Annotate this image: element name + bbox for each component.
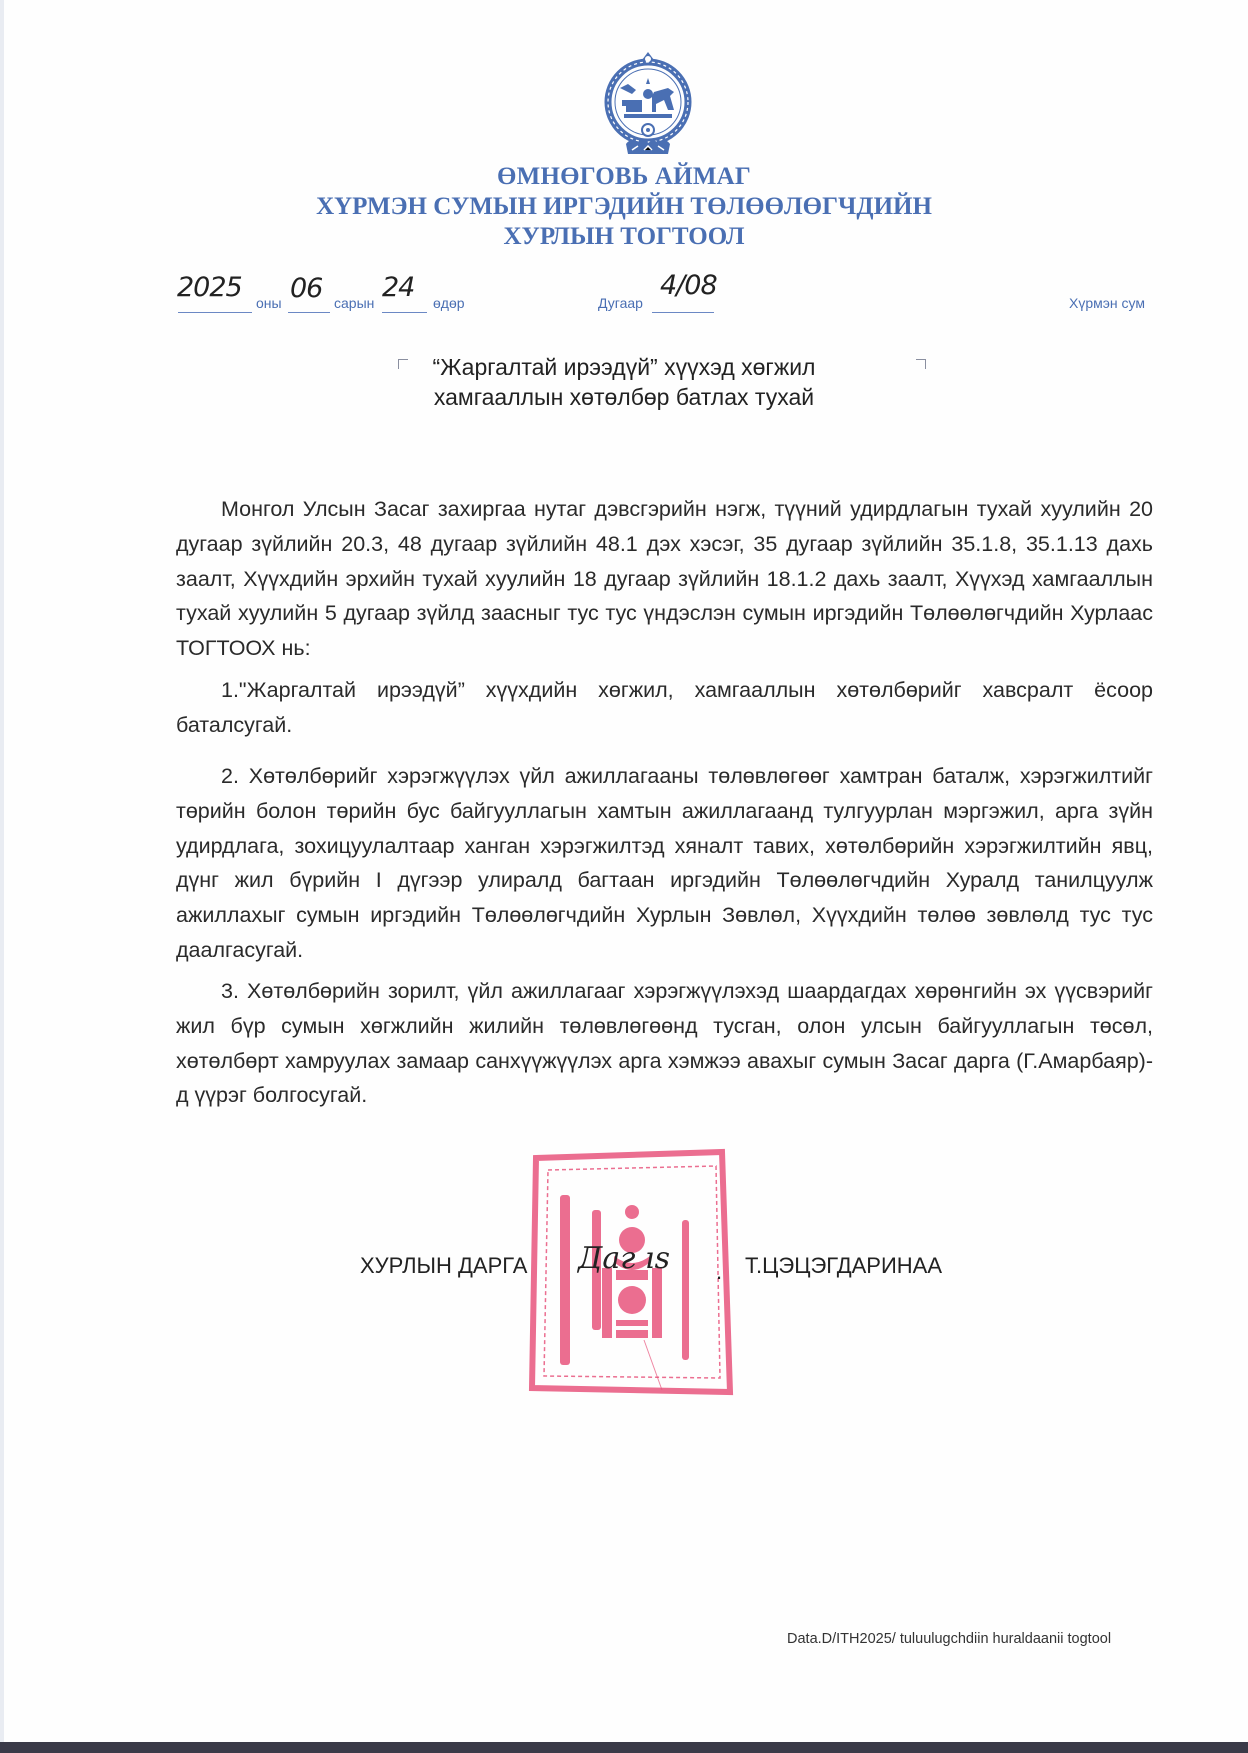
date-year: 2025 (177, 272, 242, 303)
resolution-number: 4/08 (660, 270, 717, 301)
resolution-item-3: 3. Хөтөлбөрийн зорилт, үйл ажиллагааг хэ… (176, 974, 1153, 1113)
scan-bottom-edge (0, 1742, 1248, 1753)
year-suffix: оны (256, 295, 282, 311)
day-underline (382, 312, 427, 313)
month-underline (288, 312, 330, 313)
signatory-name: Т.ЦЭЦЭГДАРИНАА (745, 1253, 942, 1279)
number-underline (652, 312, 714, 313)
handwritten-signature: Даг ıs (578, 1241, 670, 1276)
meta-row: 2025 оны 06 сарын 24 өдөр Дугаар 4/08 Хү… (0, 278, 1248, 318)
document-page: ӨМНӨГОВЬ АЙМАГ ХҮРМЭН СУМЫН ИРГЭДИЙН ТӨЛ… (0, 0, 1248, 1742)
item-3-text: 3. Хөтөлбөрийн зорилт, үйл ажиллагааг хэ… (176, 974, 1153, 1113)
scan-edge (0, 0, 4, 1742)
header-aimag: ӨМНӨГОВЬ АЙМАГ (0, 163, 1248, 191)
preamble-text: Монгол Улсын Засаг захиргаа нутаг дэвсгэ… (176, 492, 1153, 666)
item-2-text: 2. Хөтөлбөрийг хэрэгжүүлэх үйл ажиллагаа… (176, 759, 1153, 968)
title-line-2: хамгааллын хөтөлбөр батлах тухай (0, 382, 1248, 413)
item-1-text: 1."Жаргалтай ирээдүй” хүүхдийн хөгжил, х… (176, 673, 1153, 743)
date-month: 06 (290, 273, 322, 304)
resolution-item-2: 2. Хөтөлбөрийг хэрэгжүүлэх үйл ажиллагаа… (176, 759, 1153, 968)
mongolia-state-emblem-icon (598, 50, 698, 168)
place: Хүрмэн сум (1069, 295, 1145, 311)
header-council: ХҮРМЭН СУМЫН ИРГЭДИЙН ТӨЛӨӨЛӨГЧДИЙН (0, 193, 1248, 221)
day-suffix: өдөр (433, 295, 465, 311)
signature-dot: . (716, 1259, 722, 1285)
footer-reference: Data.D/ITH2025/ tuluulugchdiin huraldaan… (787, 1631, 1111, 1647)
title-line-1: “Жаргалтай ирээдүй” хүүхэд хөгжил (0, 352, 1248, 383)
preamble: Монгол Улсын Засаг захиргаа нутаг дэвсгэ… (176, 492, 1153, 666)
year-underline (178, 312, 252, 313)
number-label: Дугаар (598, 295, 643, 311)
month-suffix: сарын (334, 295, 374, 311)
signatory-position: ХУРЛЫН ДАРГА (360, 1253, 527, 1279)
header-resolution: ХУРЛЫН ТОГТООЛ (0, 223, 1248, 251)
resolution-item-1: 1."Жаргалтай ирээдүй” хүүхдийн хөгжил, х… (176, 673, 1153, 743)
date-day: 24 (382, 272, 414, 303)
